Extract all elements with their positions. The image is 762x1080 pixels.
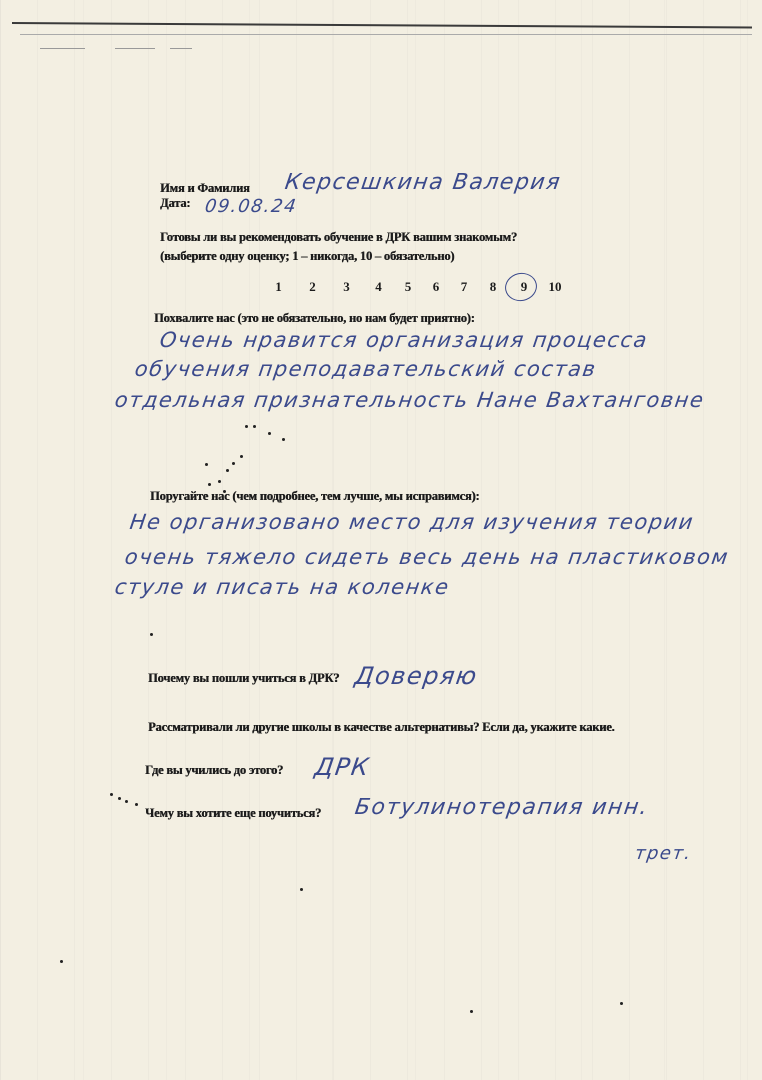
faint-line xyxy=(115,48,155,49)
speck xyxy=(268,432,271,435)
speck xyxy=(470,1010,473,1013)
recommend-question: Готовы ли вы рекомендовать обучение в ДР… xyxy=(160,230,517,245)
criticism-line: Не организовано место для изучения теори… xyxy=(128,510,695,534)
speck xyxy=(135,803,138,806)
scale-option-7: 7 xyxy=(450,279,478,295)
scale-option-8: 8 xyxy=(478,279,508,295)
date-label: Дата: xyxy=(160,196,190,211)
speck xyxy=(253,425,256,428)
scale-option-5: 5 xyxy=(394,279,422,295)
speck xyxy=(620,1002,623,1005)
speck xyxy=(208,483,211,486)
where-answer: ДРК xyxy=(313,753,372,781)
criticism-line: стуле и писать на коленке xyxy=(113,575,451,599)
speck xyxy=(245,425,248,428)
speck xyxy=(282,438,285,441)
scale-option-4: 4 xyxy=(363,279,394,295)
alternatives-question: Рассматривали ли другие школы в качестве… xyxy=(148,720,614,735)
faint-line xyxy=(40,48,85,49)
speck xyxy=(118,797,121,800)
what-next-line: трет. xyxy=(634,843,694,864)
praise-line: отдельная признательность Нане Вахтангов… xyxy=(113,388,706,412)
criticism-question: Поругайте нас (чем подробнее, тем лучше,… xyxy=(150,489,479,504)
where-question: Где вы учились до этого? xyxy=(145,763,283,778)
scale-option-1: 1 xyxy=(262,279,295,295)
criticism-line: очень тяжело сидеть весь день на пластик… xyxy=(123,545,730,569)
speck xyxy=(205,463,208,466)
scale-option-10: 10 xyxy=(540,279,570,295)
speck xyxy=(223,490,226,493)
praise-line: обучения преподавательский состав xyxy=(133,357,598,381)
recommend-hint: (выберите одну оценку; 1 – никогда, 10 –… xyxy=(160,249,454,264)
scale-option-2: 2 xyxy=(295,279,330,295)
scale-option-3: 3 xyxy=(330,279,363,295)
name-label: Имя и Фамилия xyxy=(160,181,250,196)
top-rule xyxy=(12,22,752,29)
why-question: Почему вы пошли учиться в ДРК? xyxy=(148,671,339,686)
praise-line: Очень нравится организация процесса xyxy=(158,328,649,352)
speck xyxy=(226,469,229,472)
scale-option-6: 6 xyxy=(422,279,450,295)
speck xyxy=(150,633,153,636)
speck xyxy=(232,462,235,465)
faint-line xyxy=(170,48,192,49)
what-next-question: Чему вы хотите еще поучиться? xyxy=(145,806,321,821)
speck xyxy=(60,960,63,963)
what-next-line: Ботулинотерапия инн. xyxy=(353,795,650,820)
speck xyxy=(125,800,128,803)
selected-score-circle xyxy=(502,270,539,304)
sub-rule xyxy=(20,34,752,35)
speck xyxy=(240,455,243,458)
speck xyxy=(218,480,221,483)
name-value: Керсешкина Валерия xyxy=(283,170,563,195)
speck xyxy=(300,888,303,891)
speck xyxy=(110,793,113,796)
date-value: 09.08.24 xyxy=(204,196,299,217)
why-answer: Доверяю xyxy=(353,662,480,690)
praise-question: Похвалите нас (это не обязательно, но на… xyxy=(154,311,475,326)
